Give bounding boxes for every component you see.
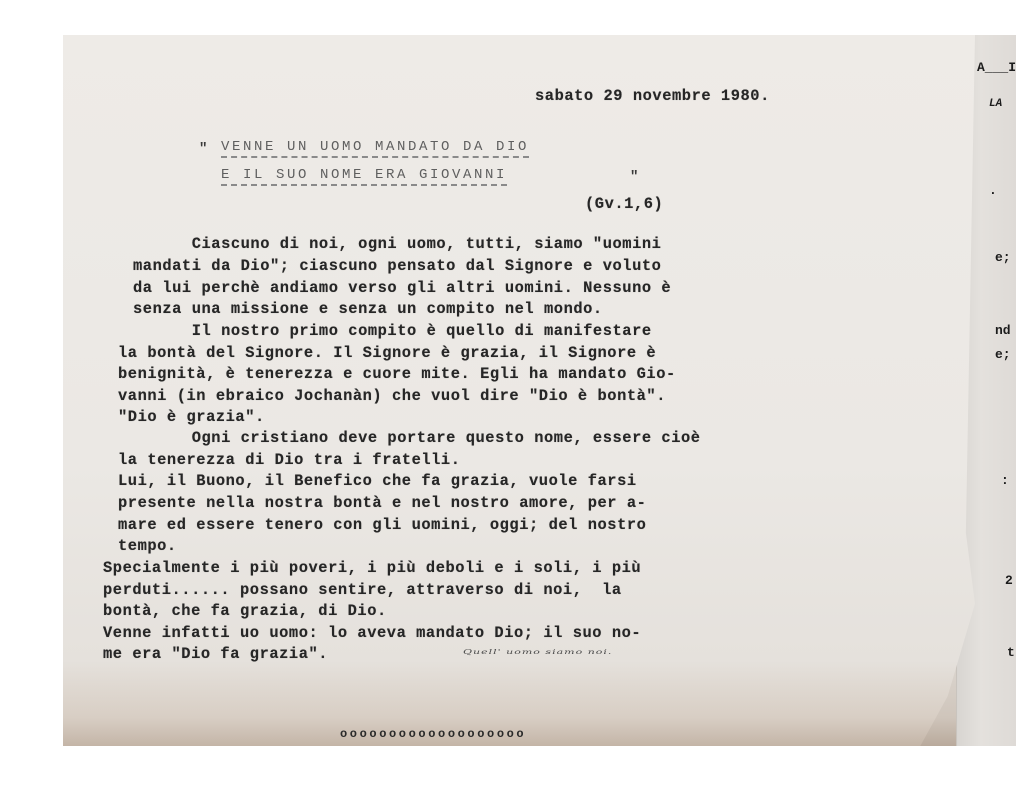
body-line: bontà, che fa grazia, di Dio. — [103, 602, 387, 620]
back-page-fragment: . — [989, 183, 997, 198]
back-page-fragment: nd — [995, 323, 1011, 338]
body-line: senza una missione e senza un compito ne… — [133, 300, 603, 318]
back-page-fragment: A___I — [977, 60, 1016, 75]
body-line: "Dio è grazia". — [118, 408, 265, 426]
document-photo: A___I LA . e; nd e; : 2 t sabato 29 nove… — [63, 35, 1016, 746]
body-line: la bontà del Signore. Il Signore è grazi… — [118, 344, 656, 362]
body-line: Il nostro primo compito è quello di mani… — [133, 322, 652, 340]
document-title-line-1: VENNE UN UOMO MANDATO DA DIO — [221, 139, 529, 158]
body-line: Specialmente i più poveri, i più deboli … — [103, 559, 641, 577]
body-line: mandati da Dio"; ciascuno pensato dal Si… — [133, 257, 661, 275]
scripture-reference: (Gv.1,6) — [585, 195, 663, 213]
body-line: Venne infatti uo uomo: lo aveva mandato … — [103, 624, 641, 642]
body-line: me era "Dio fa grazia". — [103, 645, 328, 663]
body-line: vanni (in ebraico Jochanàn) che vuol dir… — [118, 387, 666, 405]
footer-ornament: ooooooooooooooooooo — [340, 727, 526, 741]
back-page-fragment: t — [1007, 645, 1015, 660]
body-line: Lui, il Buono, il Benefico che fa grazia… — [118, 472, 637, 490]
handwritten-note: Quell' uomo siamo noi. — [463, 648, 612, 656]
body-line: da lui perchè andiamo verso gli altri uo… — [133, 279, 671, 297]
back-page-fragment: LA — [989, 98, 1002, 110]
body-line: perduti...... possano sentire, attravers… — [103, 581, 622, 599]
body-line: Ogni cristiano deve portare questo nome,… — [133, 429, 701, 447]
body-line: mare ed essere tenero con gli uomini, og… — [118, 516, 646, 534]
body-line: la tenerezza di Dio tra i fratelli. — [118, 451, 461, 469]
back-page-fragment: e; — [995, 250, 1011, 265]
body-line: Ciascuno di noi, ogni uomo, tutti, siamo… — [133, 235, 661, 253]
back-page-fragment: e; — [995, 347, 1011, 362]
body-line: presente nella nostra bontà e nel nostro… — [118, 494, 646, 512]
back-page-fragment: 2 — [1005, 573, 1013, 588]
document-title-line-2: E IL SUO NOME ERA GIOVANNI — [221, 167, 507, 186]
back-page-fragment: : — [1001, 473, 1009, 488]
body-line: benignità, è tenerezza e cuore mite. Egl… — [118, 365, 676, 383]
document-date: sabato 29 novembre 1980. — [535, 87, 770, 105]
body-line: tempo. — [118, 537, 177, 555]
typewritten-page: sabato 29 novembre 1980. " VENNE UN UOMO… — [63, 35, 975, 746]
title-close-quote: " — [630, 169, 638, 185]
title-open-quote: " — [199, 141, 207, 157]
